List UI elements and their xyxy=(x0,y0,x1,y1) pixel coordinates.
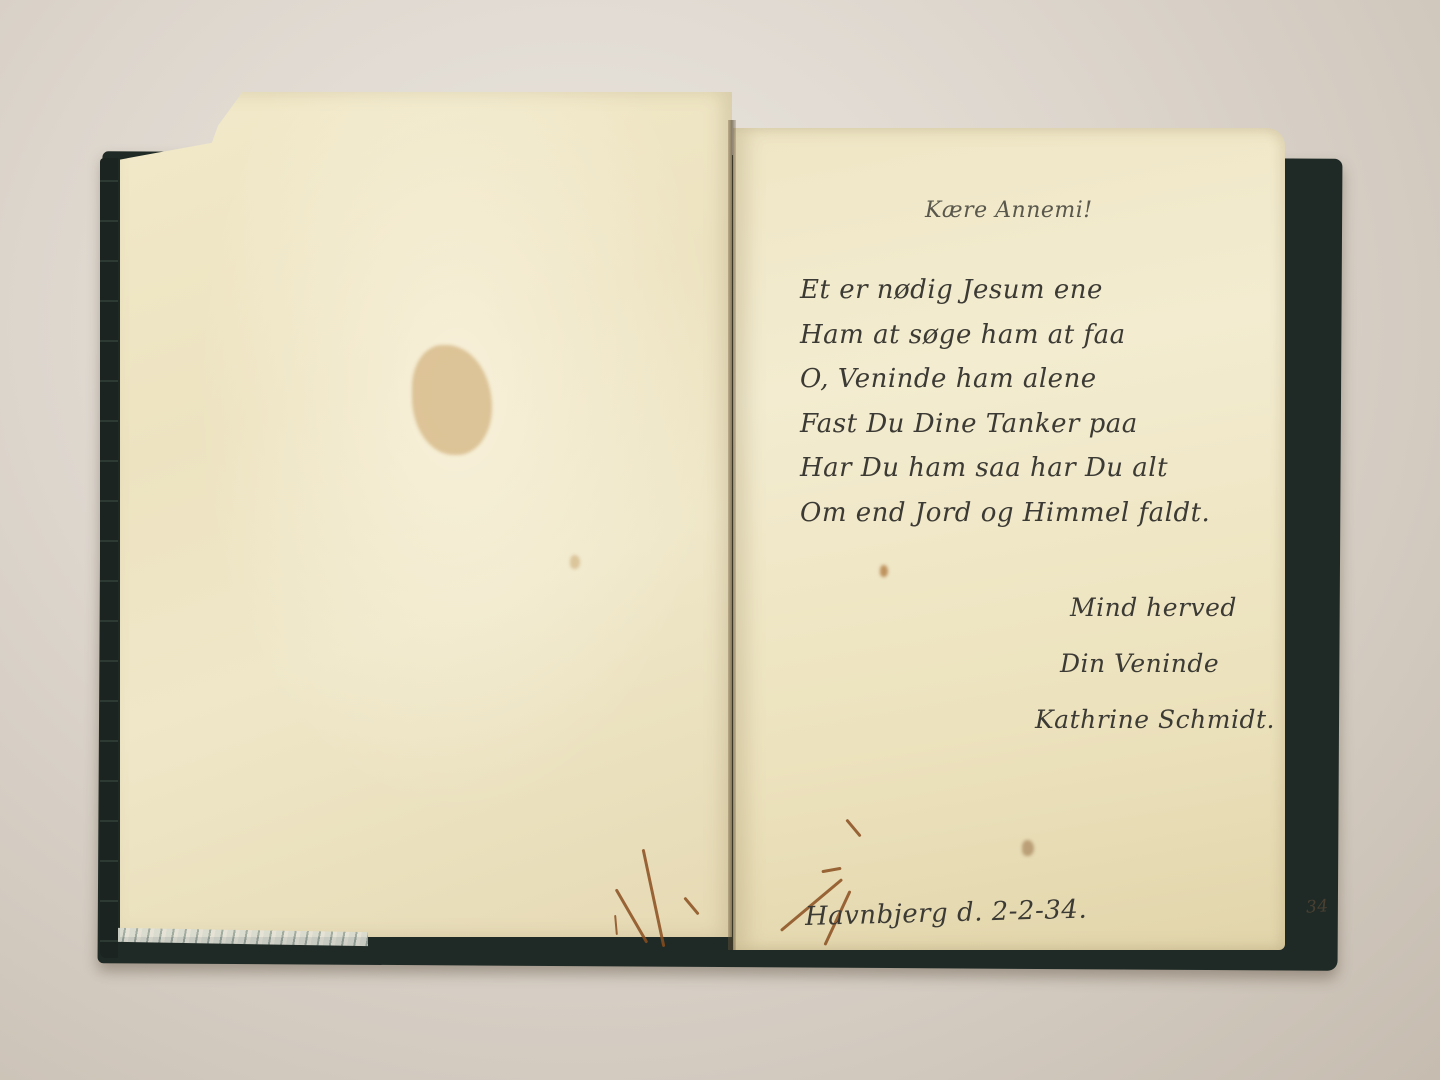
page-number: 34 xyxy=(1305,896,1329,918)
closing-line: Mind herved xyxy=(1070,580,1275,636)
book-cover-edge xyxy=(100,158,118,958)
book-gutter xyxy=(728,120,736,950)
salutation: Kære Annemi! xyxy=(925,198,1093,223)
signature: Kathrine Schmidt. xyxy=(1035,692,1275,748)
closing-line: Din Veninde xyxy=(1060,636,1275,692)
poem-line: Om end Jord og Himmel faldt. xyxy=(800,491,1210,536)
poem-line: O, Veninde ham alene xyxy=(800,357,1210,402)
small-stain xyxy=(880,565,888,577)
poem-line: Har Du ham saa har Du alt xyxy=(800,446,1210,491)
poem: Et er nødig Jesum ene Ham at søge ham at… xyxy=(800,268,1210,535)
small-stain xyxy=(570,555,580,569)
small-stain xyxy=(1022,840,1034,856)
poem-line: Fast Du Dine Tanker paa xyxy=(800,402,1210,447)
closing-signature: Mind herved Din Veninde Kathrine Schmidt… xyxy=(1070,580,1275,748)
left-page xyxy=(120,92,732,937)
poem-line: Ham at søge ham at faa xyxy=(800,313,1210,358)
poem-line: Et er nødig Jesum ene xyxy=(800,268,1210,313)
right-page xyxy=(733,128,1285,950)
